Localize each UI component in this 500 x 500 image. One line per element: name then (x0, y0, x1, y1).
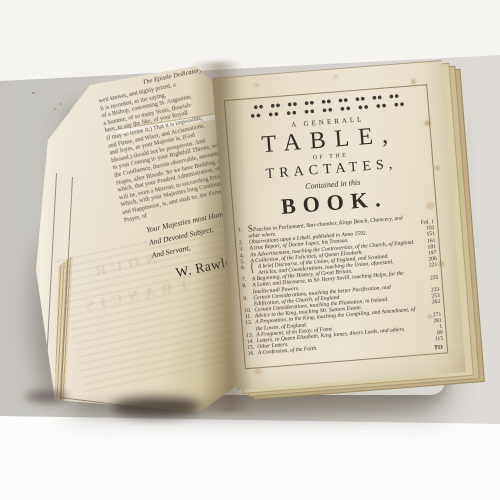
dark-shadow-blob (112, 397, 200, 417)
table-of-tractates: A GENERALL TABLE, OF THE TRACTATES, Cont… (228, 88, 444, 366)
toc-page-number: 115 (435, 336, 444, 343)
dark-shadow-blob (26, 390, 68, 403)
toc-list: 1.SPeeches in Parliament, Star-chamber, … (238, 212, 444, 357)
dust-speck (32, 92, 35, 94)
photo-of-open-antique-book: NOUR FRANCIS The Epistle Dedicatory. wel… (0, 0, 500, 500)
dust-speck (60, 103, 62, 105)
drop-cap: S (248, 223, 254, 233)
ghost-word: FRANCIS (79, 278, 189, 317)
brace-glyph: { (250, 264, 255, 270)
dust-speck (54, 108, 56, 110)
